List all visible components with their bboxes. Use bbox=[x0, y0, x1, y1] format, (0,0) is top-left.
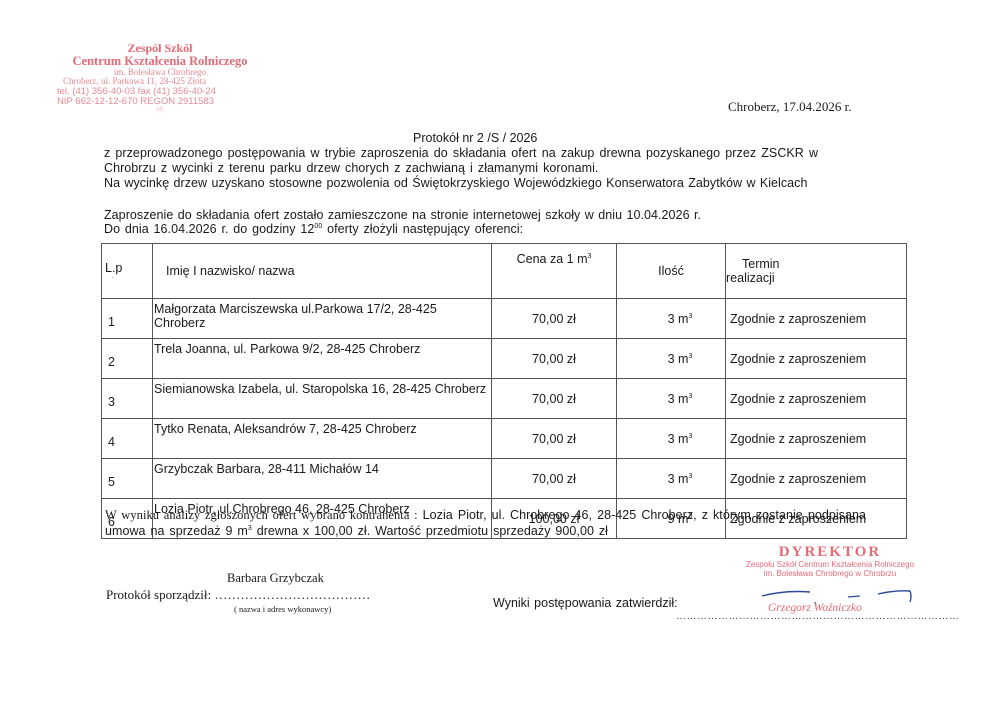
intro-line-2: Chrobrzu z wycinki z terenu parku drzew … bbox=[104, 161, 598, 175]
school-stamp: Zespół Szkół Centrum Kształcenia Rolnicz… bbox=[55, 42, 265, 113]
cell-quantity: 3 m3 bbox=[617, 419, 726, 459]
prepared-by-name: Barbara Grzybczak bbox=[227, 571, 324, 586]
cell-lp: 5 bbox=[102, 459, 153, 499]
cell-term: Zgodnie z zaproszeniem bbox=[726, 339, 907, 379]
table-row: 1Małgorzata Marciszewska ul.Parkowa 17/2… bbox=[102, 299, 907, 339]
intro-line-3: Na wycinkę drzew uzyskano stosowne pozwo… bbox=[104, 176, 808, 190]
invitation-line-2: Do dnia 16.04.2026 r. do godziny 1200 of… bbox=[104, 222, 523, 236]
cell-price: 70,00 zł bbox=[492, 339, 617, 379]
approved-by-label: Wyniki postępowania zatwierdził: bbox=[493, 596, 678, 610]
header-name: Imię I nazwisko/ nazwa bbox=[153, 244, 492, 299]
result-intro: W wyniku analizy zgłoszonych ofert wybra… bbox=[105, 508, 418, 522]
stamp-number: (4) bbox=[55, 107, 265, 113]
cell-lp: 3 bbox=[102, 379, 153, 419]
cell-quantity: 3 m3 bbox=[617, 299, 726, 339]
cell-price: 70,00 zł bbox=[492, 299, 617, 339]
stamp-line-2: Centrum Kształcenia Rolniczego bbox=[55, 55, 265, 68]
cell-lp: 4 bbox=[102, 419, 153, 459]
director-title: DYREKTOR bbox=[730, 545, 930, 560]
cell-name: Trela Joanna, ul. Parkowa 9/2, 28-425 Ch… bbox=[153, 339, 492, 379]
cell-term: Zgodnie z zaproszeniem bbox=[726, 379, 907, 419]
cell-quantity: 3 m3 bbox=[617, 459, 726, 499]
cell-term: Zgodnie z zaproszeniem bbox=[726, 459, 907, 499]
header-quantity: Ilość bbox=[617, 244, 726, 299]
result-line-2: umowa na sprzedaż 9 m3 drewna x 100,00 z… bbox=[105, 524, 608, 538]
table-row: 4Tytko Renata, Aleksandrów 7, 28-425 Chr… bbox=[102, 419, 907, 459]
cell-name: Grzybczak Barbara, 28-411 Michałów 14 bbox=[153, 459, 492, 499]
director-school-patron: im. Bolesława Chrobrego w Chrobrzu bbox=[730, 569, 930, 578]
table-header-row: L.p· Imię I nazwisko/ nazwa Cena za 1 m3… bbox=[102, 244, 907, 299]
prepared-by-caption: ( nazwa i adres wykonawcy) bbox=[234, 604, 331, 614]
cell-price: 70,00 zł bbox=[492, 459, 617, 499]
cell-price: 70,00 zł bbox=[492, 419, 617, 459]
table-row: 5Grzybczak Barbara, 28-411 Michałów 1470… bbox=[102, 459, 907, 499]
header-price: Cena za 1 m3 bbox=[492, 244, 617, 299]
cell-lp: 1 bbox=[102, 299, 153, 339]
director-school: Zespołu Szkół Centrum Kształcenia Rolnic… bbox=[730, 560, 930, 569]
table-row: 3Siemianowska Izabela, ul. Staropolska 1… bbox=[102, 379, 907, 419]
cell-name: Małgorzata Marciszewska ul.Parkowa 17/2,… bbox=[153, 299, 492, 339]
cell-name: Siemianowska Izabela, ul. Staropolska 16… bbox=[153, 379, 492, 419]
cell-quantity: 3 m3 bbox=[617, 379, 726, 419]
header-term: Terminrealizacji bbox=[726, 244, 907, 299]
cell-term: Zgodnie z zaproszeniem bbox=[726, 419, 907, 459]
header-lp: L.p· bbox=[102, 244, 153, 299]
director-stamp: DYREKTOR Zespołu Szkół Centrum Kształcen… bbox=[730, 545, 930, 578]
stamp-line-1: Zespół Szkół bbox=[55, 42, 265, 55]
offers-table: L.p· Imię I nazwisko/ nazwa Cena za 1 m3… bbox=[101, 243, 907, 539]
invitation-offers-text: oferty złożyli następujący oferenci: bbox=[322, 222, 523, 236]
cell-term: Zgodnie z zaproszeniem bbox=[726, 299, 907, 339]
invitation-deadline-text: Do dnia 16.04.2026 r. do godziny 12 bbox=[104, 222, 314, 236]
protocol-title: Protokół nr 2 /S / 2026 bbox=[413, 131, 537, 145]
cell-name: Tytko Renata, Aleksandrów 7, 28-425 Chro… bbox=[153, 419, 492, 459]
cell-lp: 2 bbox=[102, 339, 153, 379]
place-date: Chroberz, 17.04.2026 r. bbox=[728, 99, 851, 115]
prepared-by-label: Protokół sporządził: ……………………………… bbox=[106, 587, 370, 603]
cell-quantity: 3 m3 bbox=[617, 339, 726, 379]
table-row: 2Trela Joanna, ul. Parkowa 9/2, 28-425 C… bbox=[102, 339, 907, 379]
cell-price: 70,00 zł bbox=[492, 379, 617, 419]
director-signature-name: Grzegorz Woźniczko bbox=[768, 602, 862, 614]
result-contractor: Lozia Piotr, ul. Chrobrego 46, 28-425 Ch… bbox=[418, 508, 866, 522]
stamp-nip-regon: NIP 662-12-12-670 REGON 2911583 bbox=[55, 97, 265, 107]
invitation-line-1: Zaproszenie do składania ofert zostało z… bbox=[104, 208, 701, 222]
intro-line-1: z przeprowadzonego postępowania w trybie… bbox=[104, 146, 818, 160]
result-line-1: W wyniku analizy zgłoszonych ofert wybra… bbox=[105, 508, 866, 523]
